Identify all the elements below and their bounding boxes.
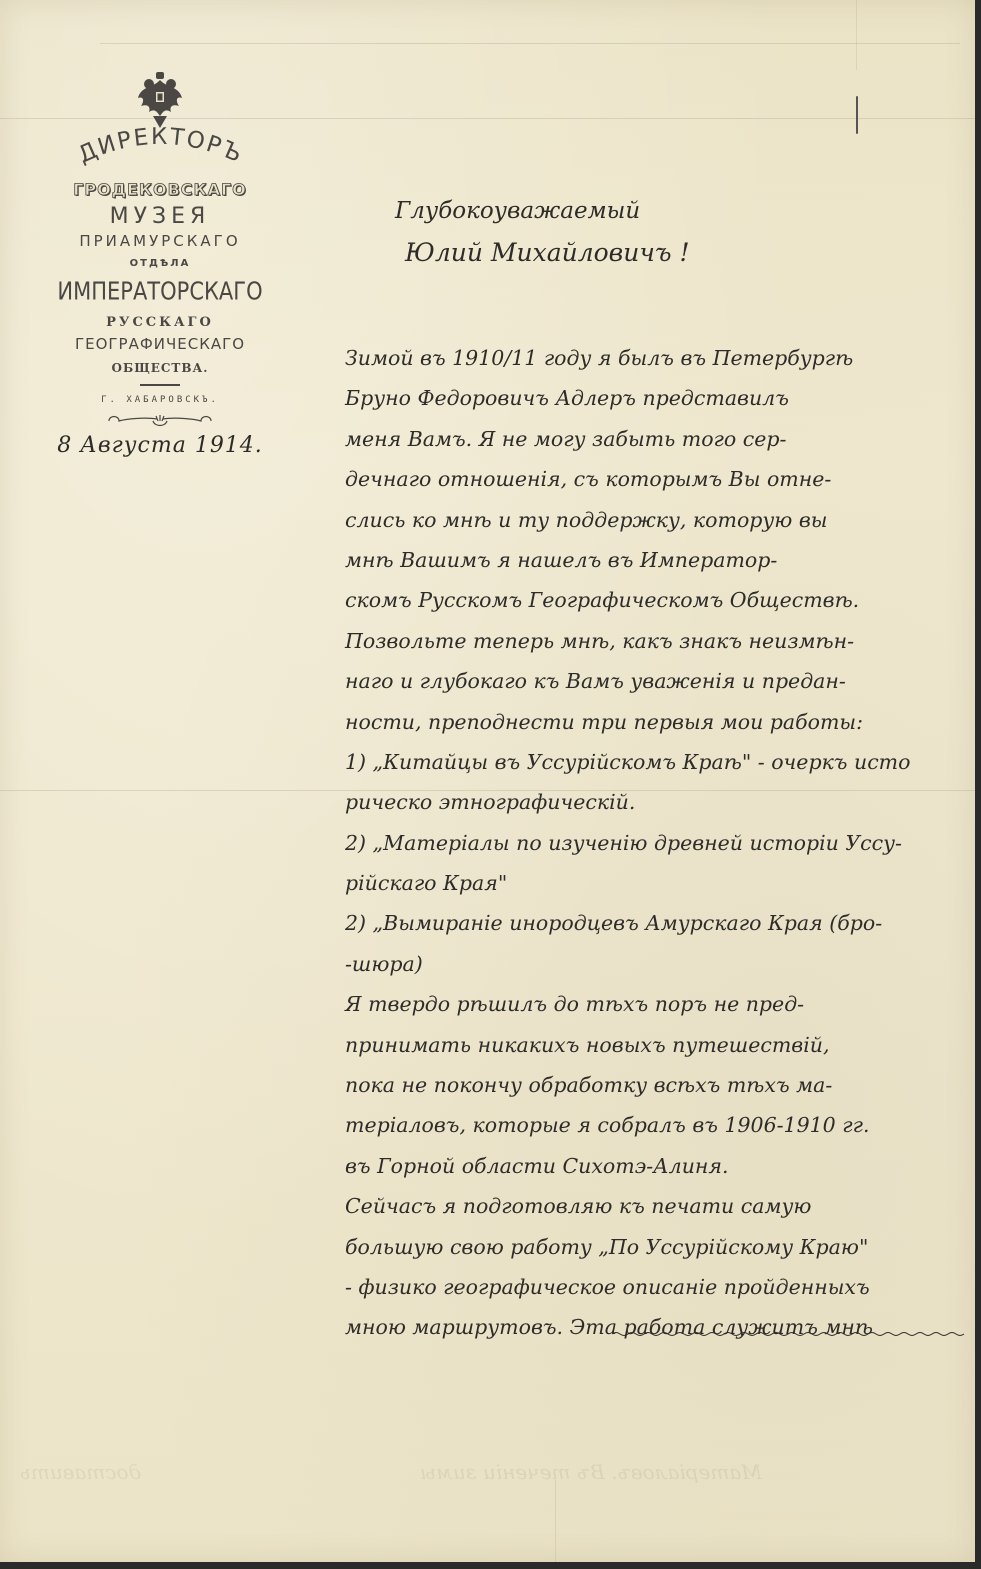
body-line: меня Вамъ. Я не могу забыть того сер- bbox=[345, 419, 975, 459]
letter-sheet: Матеріаловъ. Въ теченіи зимы доставить Д… bbox=[0, 0, 975, 1562]
body-line: большую свою работу „По Уссурійскому Кра… bbox=[345, 1227, 975, 1267]
body-line: 2) „Матеріалы по изученію древней исторі… bbox=[345, 823, 975, 863]
body-line: -шюра) bbox=[345, 944, 975, 984]
bleed-through-text: Матеріаловъ. Въ теченіи зимы bbox=[420, 1460, 762, 1484]
body-line: теріаловъ, которые я собралъ въ 1906-191… bbox=[345, 1105, 975, 1145]
body-line: ности, преподнести три первыя мои работы… bbox=[345, 702, 975, 742]
body-line: дечнаго отношенія, съ которымъ Вы отне- bbox=[345, 459, 975, 499]
body-line: пока не покончу обработку всѣхъ тѣхъ ма- bbox=[345, 1065, 975, 1105]
letter-body: Зимой въ 1910/11 году я былъ въ Петербур… bbox=[345, 338, 975, 1348]
letterhead-line: ОБЩЕСТВА. bbox=[40, 362, 280, 374]
body-line: рійскаго Края" bbox=[345, 863, 975, 903]
body-line: - физико географическое описаніе пройден… bbox=[345, 1267, 975, 1307]
tear-crease bbox=[856, 0, 857, 70]
letterhead-line: РУССКАГО bbox=[40, 316, 280, 329]
body-line: Сейчасъ я подготовляю къ печати самую bbox=[345, 1186, 975, 1226]
body-line: наго и глубокаго къ Вамъ уваженія и пред… bbox=[345, 661, 975, 701]
letterhead-line: ГЕОГРАФИЧЕСКАГО bbox=[40, 337, 280, 352]
body-line: мною маршрутовъ. Эта работа служитъ мнѣ bbox=[345, 1307, 975, 1347]
body-line: 1) „Китайцы въ Уссурійскомъ Краѣ" - очер… bbox=[345, 742, 975, 782]
letterhead-line: ОТДѢЛА bbox=[40, 259, 280, 269]
letterhead-divider bbox=[140, 384, 180, 386]
letter-date: 8 Августа 1914. bbox=[40, 435, 280, 457]
pencil-stroke-mark bbox=[856, 96, 858, 134]
bleed-through-text: доставить bbox=[20, 1460, 141, 1484]
body-line: принимать никакихъ новыхъ путешествій, bbox=[345, 1025, 975, 1065]
ornament-flourish-icon bbox=[105, 413, 215, 429]
salutation-name: Юлий Михайловичъ ! bbox=[405, 238, 690, 267]
letterhead-line: ИМПЕРАТОРСКАГО bbox=[40, 279, 280, 304]
salutation: Глубокоуважаемый Юлий Михайловичъ ! bbox=[395, 198, 690, 267]
body-line: скомъ Русскомъ Географическомъ Обществѣ. bbox=[345, 580, 975, 620]
letterhead-line: ПРИАМУРСКАГО bbox=[40, 234, 280, 249]
body-line: рическо этнографическій. bbox=[345, 782, 975, 822]
letterhead-line: МУЗЕЯ bbox=[40, 206, 280, 228]
body-line: Зимой въ 1910/11 году я былъ въ Петербур… bbox=[345, 338, 975, 378]
title-underline bbox=[612, 1330, 972, 1338]
body-line: въ Горной области Сихотэ-Алиня. bbox=[345, 1146, 975, 1186]
body-line: 2) „Вымираніе инородцевъ Амурскаго Края … bbox=[345, 903, 975, 943]
fold-crease bbox=[100, 43, 960, 44]
svg-text:ДИРЕКТОРЪ: ДИРЕКТОРЪ bbox=[74, 124, 247, 169]
letterhead: ДИРЕКТОРЪ ГРОДЕКОВСКАГО МУЗЕЯ ПРИАМУРСКА… bbox=[40, 70, 280, 457]
body-line: Позвольте теперь мнѣ, какъ знакъ неизмѣн… bbox=[345, 621, 975, 661]
letterhead-city: Г. ХАБАРОВСКЪ. bbox=[40, 396, 280, 405]
body-line: слись ко мнѣ и ту поддержку, которую вы bbox=[345, 500, 975, 540]
body-line: Бруно Федоровичъ Адлеръ представилъ bbox=[345, 378, 975, 418]
salutation-line: Глубокоуважаемый bbox=[395, 198, 640, 224]
letterhead-line: ГРОДЕКОВСКАГО bbox=[40, 182, 280, 198]
letterhead-title-arc: ДИРЕКТОРЪ bbox=[40, 122, 280, 174]
body-line: Я твердо рѣшилъ до тѣхъ поръ не пред- bbox=[345, 984, 975, 1024]
fold-crease bbox=[555, 1480, 556, 1562]
double-headed-eagle-icon bbox=[135, 70, 185, 130]
body-line: мнѣ Вашимъ я нашелъ въ Император- bbox=[345, 540, 975, 580]
